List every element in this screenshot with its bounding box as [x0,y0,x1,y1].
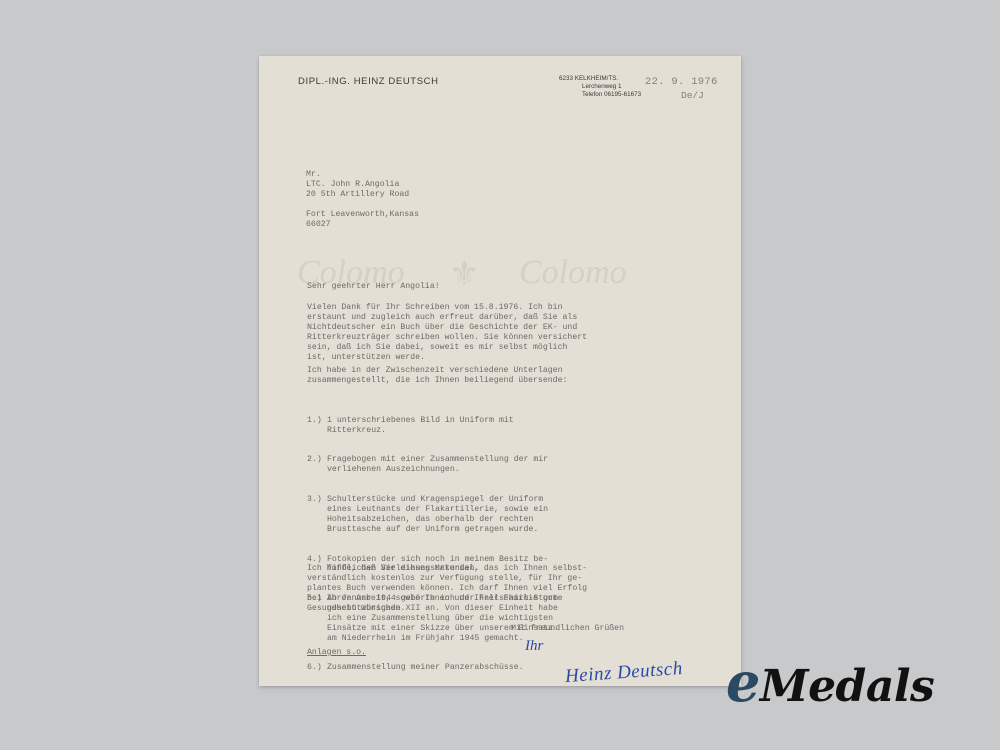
letterhead-name: DIPL.-ING. HEINZ DEUTSCH [298,76,439,87]
list-number: 3.) [307,495,327,535]
list-item: 3.)Schulterstücke und Kragenspiegel der … [307,495,563,535]
handwritten-signature: Heinz Deutsch [564,658,683,688]
list-number: 1.) [307,416,327,436]
recipient-address: Mr.LTC. John R.Angolia20 5th Artillery R… [306,170,419,230]
letterhead-phone: Telefon 06195-61673 [559,91,641,99]
recipient-line: Fort Leavenworth,Kansas [306,210,419,220]
letterhead-address-line1: 6233 KELKHEIM/TS. [559,75,641,83]
closing: Mit freundlichen Grüßen [511,624,624,634]
logo-text: Medals [760,661,934,712]
letter-reference: De/J [681,90,704,101]
list-item: 1.)1 unterschriebenes Bild in Uniform mi… [307,416,563,436]
letterhead-address-line2: Lerchenweg 1 [559,83,641,91]
letter-date: 22. 9. 1976 [645,76,718,88]
recipient-line: 20 5th Artillery Road [306,190,419,200]
list-text: Zusammenstellung meiner Panzerabschüsse. [327,663,524,673]
recipient-line: LTC. John R.Angolia [306,180,419,190]
list-item: 2.)Fragebogen mit einer Zusammenstellung… [307,455,563,475]
logo-e: e [726,650,760,714]
letterhead-address: 6233 KELKHEIM/TS. Lerchenweg 1 Telefon 0… [559,75,641,99]
recipient-line: 66027 [306,220,419,230]
recipient-line: Mr. [306,170,419,180]
watermark-right: Colomo [519,254,627,292]
list-number: 2.) [307,455,327,475]
emedals-logo: eMedals [726,654,934,715]
paragraph-1: Vielen Dank für Ihr Schreiben vom 15.8.1… [307,303,587,362]
list-item: 6.)Zusammenstellung meiner Panzerabschüs… [307,663,563,673]
list-text: 1 unterschriebenes Bild in Uniform mit R… [327,416,514,436]
letter-document: DIPL.-ING. HEINZ DEUTSCH 6233 KELKHEIM/T… [259,56,741,686]
signature-ihr: Ihr [525,638,543,655]
paragraph-3: Ich hoffe, daß Sie dieses Material, das … [307,564,587,614]
list-text: Fragebogen mit einer Zusammenstellung de… [327,455,548,475]
list-number: 6.) [307,663,327,673]
salutation: Sehr geehrter Herr Angolia! [307,282,440,292]
list-text: Schulterstücke und Kragenspiegel der Uni… [327,495,548,535]
watermark-emblem: ⚜ [449,254,479,294]
paragraph-2: Ich habe in der Zwischenzeit verschieden… [307,366,567,386]
enclosure-note: Anlagen s.o. [307,648,366,658]
